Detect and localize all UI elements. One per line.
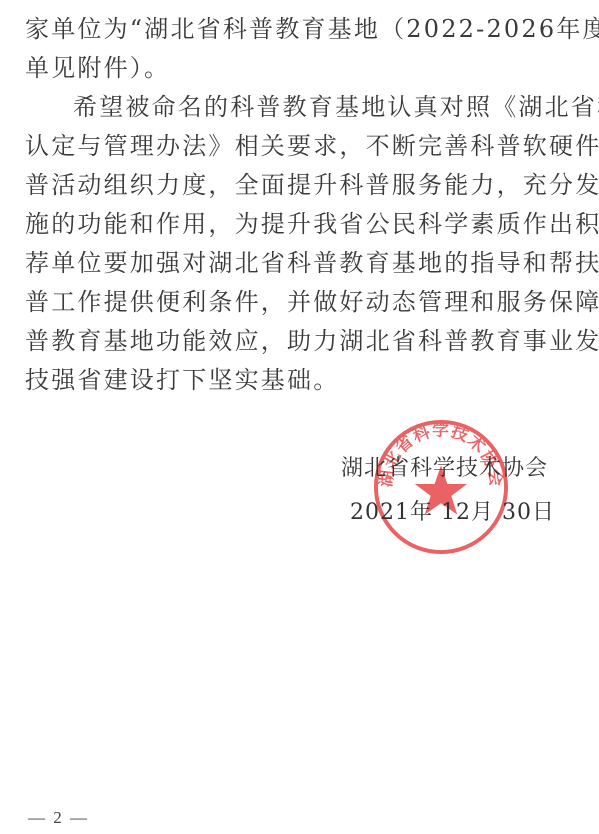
official-seal: 湖北省科学技术协会 — [372, 418, 510, 556]
paragraph-2-line-2: 认定与管理办法》相关要求，不断完善科普软硬件条件，加大科 — [25, 131, 577, 161]
signature-organization: 湖北省科学技术协会 — [341, 455, 548, 483]
paragraph-2-line-8: 技强省建设打下坚实基础。 — [25, 365, 577, 395]
paragraph-2-line-5: 荐单位要加强对湖北省科普教育基地的指导和帮扶，为其开展科 — [25, 248, 577, 278]
paragraph-1-line-2: 单见附件）。 — [25, 53, 577, 83]
signature-date: 2021年 12月 30日 — [350, 499, 555, 527]
page-number: — 2 — — [28, 808, 89, 828]
paragraph-2-line-6: 普工作提供便利条件，并做好动态管理和服务保障，切实发挥科 — [25, 287, 577, 317]
paragraph-2-line-3: 普活动组织力度，全面提升科普服务能力，充分发挥科普基础设 — [25, 170, 577, 200]
paragraph-2-line-4: 施的功能和作用，为提升我省公民科学素质作出积极贡献。各推 — [25, 209, 577, 239]
paragraph-1-line-1: 家单位为“湖北省科普教育基地（2022-2026年度）”（具体名 — [25, 14, 577, 44]
document-page: 家单位为“湖北省科普教育基地（2022-2026年度）”（具体名 单见附件）。 … — [0, 0, 599, 834]
paragraph-2-line-1: 希望被命名的科普教育基地认真对照《湖北省科普教育基地 — [73, 92, 577, 122]
paragraph-2-line-7: 普教育基地功能效应，助力湖北省科普教育事业发展壮大，为科 — [25, 326, 577, 356]
